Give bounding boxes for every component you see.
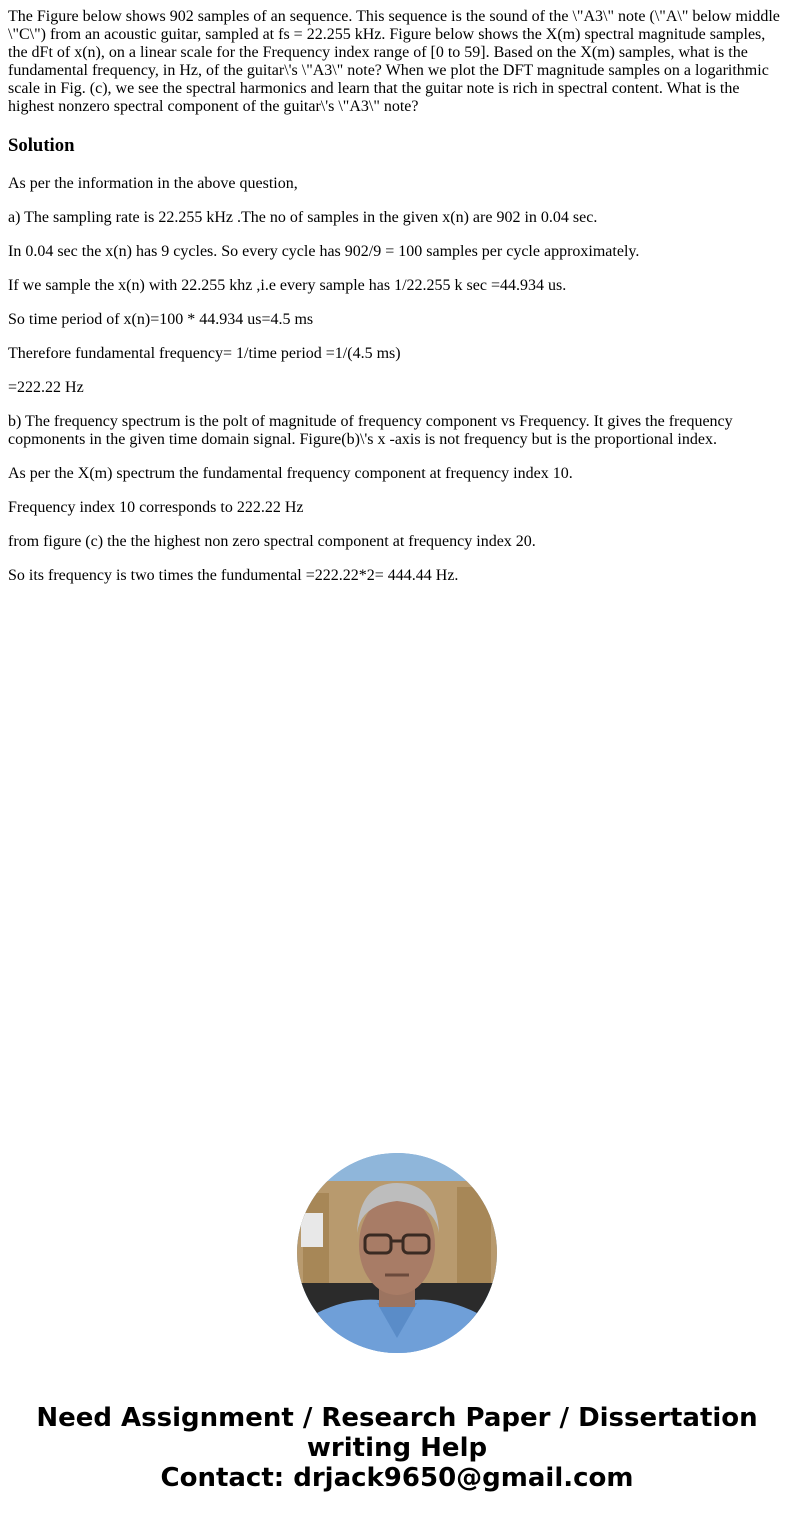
tutor-portrait-icon [297,1153,497,1353]
solution-paragraph: In 0.04 sec the x(n) has 9 cycles. So ev… [8,243,786,261]
solution-paragraph: So time period of x(n)=100 * 44.934 us=4… [8,311,786,329]
tutor-avatar [297,1153,497,1353]
solution-paragraph: As per the X(m) spectrum the fundamental… [8,465,786,483]
solution-paragraph: =222.22 Hz [8,379,786,397]
solution-paragraph: As per the information in the above ques… [8,175,786,193]
solution-paragraph: Frequency index 10 corresponds to 222.22… [8,499,786,517]
solution-body: As per the information in the above ques… [8,175,786,601]
solution-paragraph: Therefore fundamental frequency= 1/time … [8,345,786,363]
solution-paragraph: If we sample the x(n) with 22.255 khz ,i… [8,277,786,295]
question-text: The Figure below shows 902 samples of an… [8,8,786,116]
solution-paragraph: So its frequency is two times the fundum… [8,567,786,585]
promo-banner: Need Assignment / Research Paper / Disse… [0,1403,794,1493]
promo-line-1: Need Assignment / Research Paper / Disse… [0,1403,794,1433]
promo-line-2: writing Help [0,1433,794,1463]
promo-contact: Contact: drjack9650@gmail.com [0,1463,794,1493]
solution-heading: Solution [8,135,74,157]
solution-paragraph: b) The frequency spectrum is the polt of… [8,413,786,449]
solution-paragraph: a) The sampling rate is 22.255 kHz .The … [8,209,786,227]
solution-paragraph: from figure (c) the the highest non zero… [8,533,786,551]
